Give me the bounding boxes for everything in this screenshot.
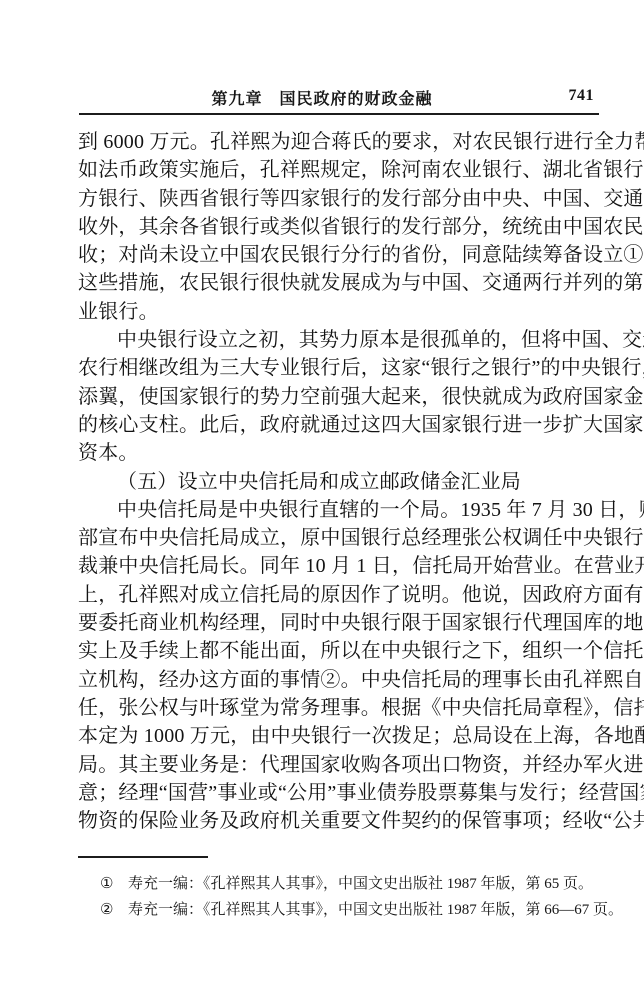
footnote-marker: ① (100, 871, 128, 897)
page-number: 741 (569, 87, 595, 105)
text-line: 本定为 1000 万元，由中央银行一次拨足；总局设在上海，各地酌设分 (78, 722, 602, 750)
footnote-item: ②寿充一编：《孔祥熙其人其事》，中国文史出版社 1987 年版，第 66—67 … (100, 897, 610, 923)
running-head: 第九章 国民政府的财政金融 741 (0, 86, 644, 108)
text-line: 上，孔祥熙对成立信托局的原因作了说明。他说，因政府方面有许多事 (78, 581, 602, 609)
footnote-text: 寿充一编：《孔祥熙其人其事》，中国文史出版社 1987 年版，第 66—67 页… (128, 897, 623, 923)
footnote-rule (78, 856, 208, 858)
text-line: 实上及手续上都不能出面，所以在中央银行之下，组织一个信托事业独 (78, 637, 602, 665)
text-line: 部宣布中央信托局成立，原中国银行总经理张公权调任中央银行副总 (78, 524, 602, 552)
text-line: 中央信托局是中央银行直辖的一个局。1935 年 7 月 30 日，财政 (78, 496, 602, 524)
text-line: 资本。 (78, 439, 602, 467)
text-line: 立机构，经办这方面的事情②。中央信托局的理事长由孔祥熙自己兼 (78, 666, 602, 694)
footnote-item: ①寿充一编：《孔祥熙其人其事》，中国文史出版社 1987 年版，第 65 页。 (100, 871, 610, 897)
footnote-text: 寿充一编：《孔祥熙其人其事》，中国文史出版社 1987 年版，第 65 页。 (128, 871, 610, 897)
text-line: 要委托商业机构经理，同时中央银行限于国家银行代理国库的地位，事 (78, 609, 602, 637)
text-line: 添翼，使国家银行的势力空前强大起来，很快就成为政府国家金融资本 (78, 383, 602, 411)
text-line: 如法币政策实施后，孔祥熙规定，除河南农业银行、湖北省银行、浙江地 (78, 156, 602, 184)
body-text: 到 6000 万元。孔祥熙为迎合蒋氏的要求，对农民银行进行全力帮助。如法币政策实… (78, 128, 602, 835)
text-line: 任，张公权与叶琢堂为常务理事。根据《中央信托局章程》，信托局的资 (78, 694, 602, 722)
text-line: 到 6000 万元。孔祥熙为迎合蒋氏的要求，对农民银行进行全力帮助。 (78, 128, 602, 156)
text-line: 裁兼中央信托局长。同年 10 月 1 日，信托局开始营业。在营业开幕式 (78, 552, 602, 580)
text-line: 这些措施，农民银行很快就发展成为与中国、交通两行并列的第三大专 (78, 269, 602, 297)
text-line: 农行相继改组为三大专业银行后，这家“银行之银行”的中央银行，如虎 (78, 354, 602, 382)
text-line: 收外，其余各省银行或类似省银行的发行部分，统统由中国农民银行接 (78, 213, 602, 241)
text-line: 业银行。 (78, 298, 602, 326)
chapter-title: 第九章 国民政府的财政金融 (0, 86, 644, 109)
book-page: 第九章 国民政府的财政金融 741 到 6000 万元。孔祥熙为迎合蒋氏的要求，… (0, 0, 644, 1000)
text-line: 的核心支柱。此后，政府就通过这四大国家银行进一步扩大国家垄断 (78, 411, 602, 439)
text-line: 方银行、陕西省银行等四家银行的发行部分由中央、中国、交通三行接 (78, 185, 602, 213)
text-line: （五）设立中央信托局和成立邮政储金汇业局 (78, 468, 602, 496)
text-line: 局。其主要业务是：代理国家收购各项出口物资，并经办军火进口生 (78, 751, 602, 779)
text-line: 收；对尚未设立中国农民银行分行的省份，同意陆续筹备设立①。通过 (78, 241, 602, 269)
footnote-marker: ② (100, 897, 128, 923)
text-line: 物资的保险业务及政府机关重要文件契约的保管事项；经收“公共机 (78, 807, 602, 835)
text-line: 意；经理“国营”事业或“公用”事业债券股票募集与发行；经营国家财产 (78, 779, 602, 807)
text-line: 中央银行设立之初，其势力原本是很孤单的，但将中国、交通、四省 (78, 326, 602, 354)
header-rule (79, 113, 599, 115)
footnotes: ①寿充一编：《孔祥熙其人其事》，中国文史出版社 1987 年版，第 65 页。②… (100, 871, 610, 923)
